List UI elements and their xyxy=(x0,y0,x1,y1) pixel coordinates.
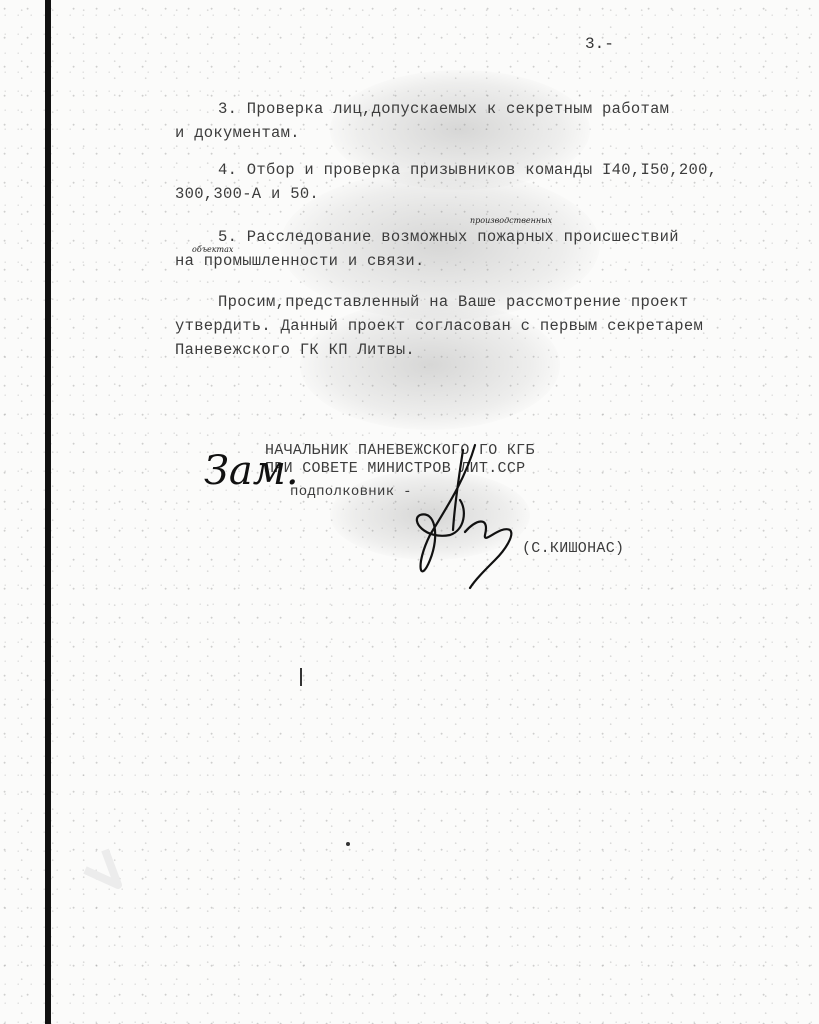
paragraph-line: Просим,представленный на Ваше рассмотрен… xyxy=(218,293,688,311)
stray-mark xyxy=(346,842,350,846)
paragraph-line: 5. Расследование возможных пожарных прои… xyxy=(218,228,679,246)
watermark-check-icon xyxy=(80,840,160,910)
paragraph-line: на промышленности и связи. xyxy=(175,252,425,270)
margin-rule xyxy=(45,0,51,1024)
signatory-name: (С.КИШОНАС) xyxy=(522,540,624,557)
paragraph-line: 4. Отбор и проверка призывников команды … xyxy=(218,161,717,179)
signatory-rank: подполковник - xyxy=(290,484,412,500)
handwritten-deputy-mark: Зам. xyxy=(204,448,299,494)
signature-icon xyxy=(405,440,535,590)
paragraph-line: и документам. xyxy=(175,124,300,142)
paragraph-line: Паневежского ГК КП Литвы. xyxy=(175,341,415,359)
paragraph-line: утвердить. Данный проект согласован с пе… xyxy=(175,317,703,335)
paragraph-line: 3. Проверка лиц,допускаемых к секретным … xyxy=(218,100,669,118)
paragraph-line: 300,300-А и 50. xyxy=(175,185,319,203)
stray-mark xyxy=(300,668,302,686)
page-number: 3.- xyxy=(585,35,614,53)
handwritten-annotation: производственных xyxy=(470,216,552,225)
